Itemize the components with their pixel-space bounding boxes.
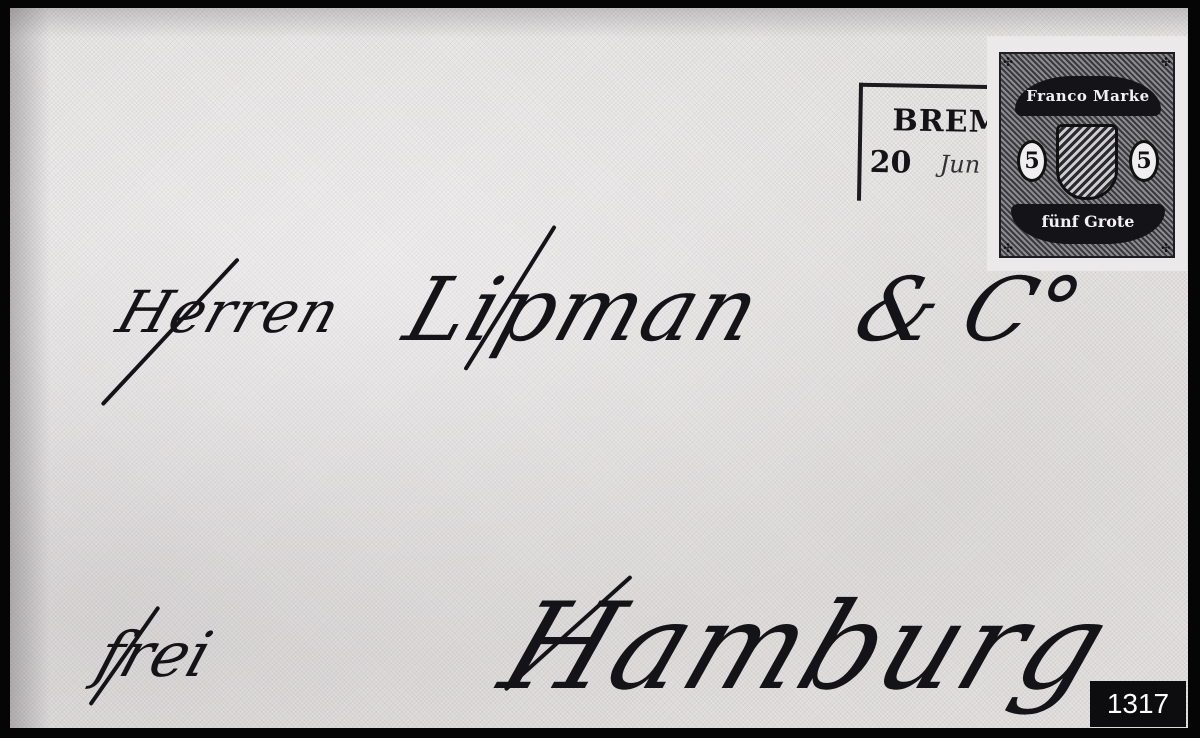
stamp-value-left: 5: [1017, 140, 1047, 182]
addressee-handwriting: Lipman: [393, 258, 774, 361]
stamp-top-inscription: Franco Marke: [1015, 76, 1161, 116]
corner-ornament-icon: ✣: [1003, 56, 1013, 68]
corner-ornament-icon: ✣: [1161, 242, 1171, 254]
postmark-date: 20: [869, 145, 911, 181]
salutation-handwriting: Herren: [109, 278, 349, 346]
addressee-suffix-handwriting: & C°: [843, 258, 1094, 361]
corner-ornament-icon: ✣: [1003, 242, 1013, 254]
destination-city-handwriting: Hamburg: [485, 578, 1128, 717]
lot-number-label: 1317: [1090, 681, 1186, 727]
postage-stamp: ✣ ✣ ✣ ✣ Franco Marke 5 5 fünf Grote: [987, 36, 1187, 271]
postmark-month: Jun: [939, 150, 980, 179]
corner-ornament-icon: ✣: [1161, 56, 1171, 68]
envelope-cover: BREM 20 Jun ✣ ✣ ✣ ✣ Franco Marke 5 5 fün…: [10, 8, 1188, 728]
coat-of-arms-key-icon: [1056, 124, 1118, 200]
image-frame: BREM 20 Jun ✣ ✣ ✣ ✣ Franco Marke 5 5 fün…: [0, 0, 1200, 738]
stamp-design: ✣ ✣ ✣ ✣ Franco Marke 5 5 fünf Grote: [999, 52, 1175, 258]
stamp-bottom-inscription: fünf Grote: [1011, 204, 1165, 244]
stamp-value-right: 5: [1129, 140, 1159, 182]
